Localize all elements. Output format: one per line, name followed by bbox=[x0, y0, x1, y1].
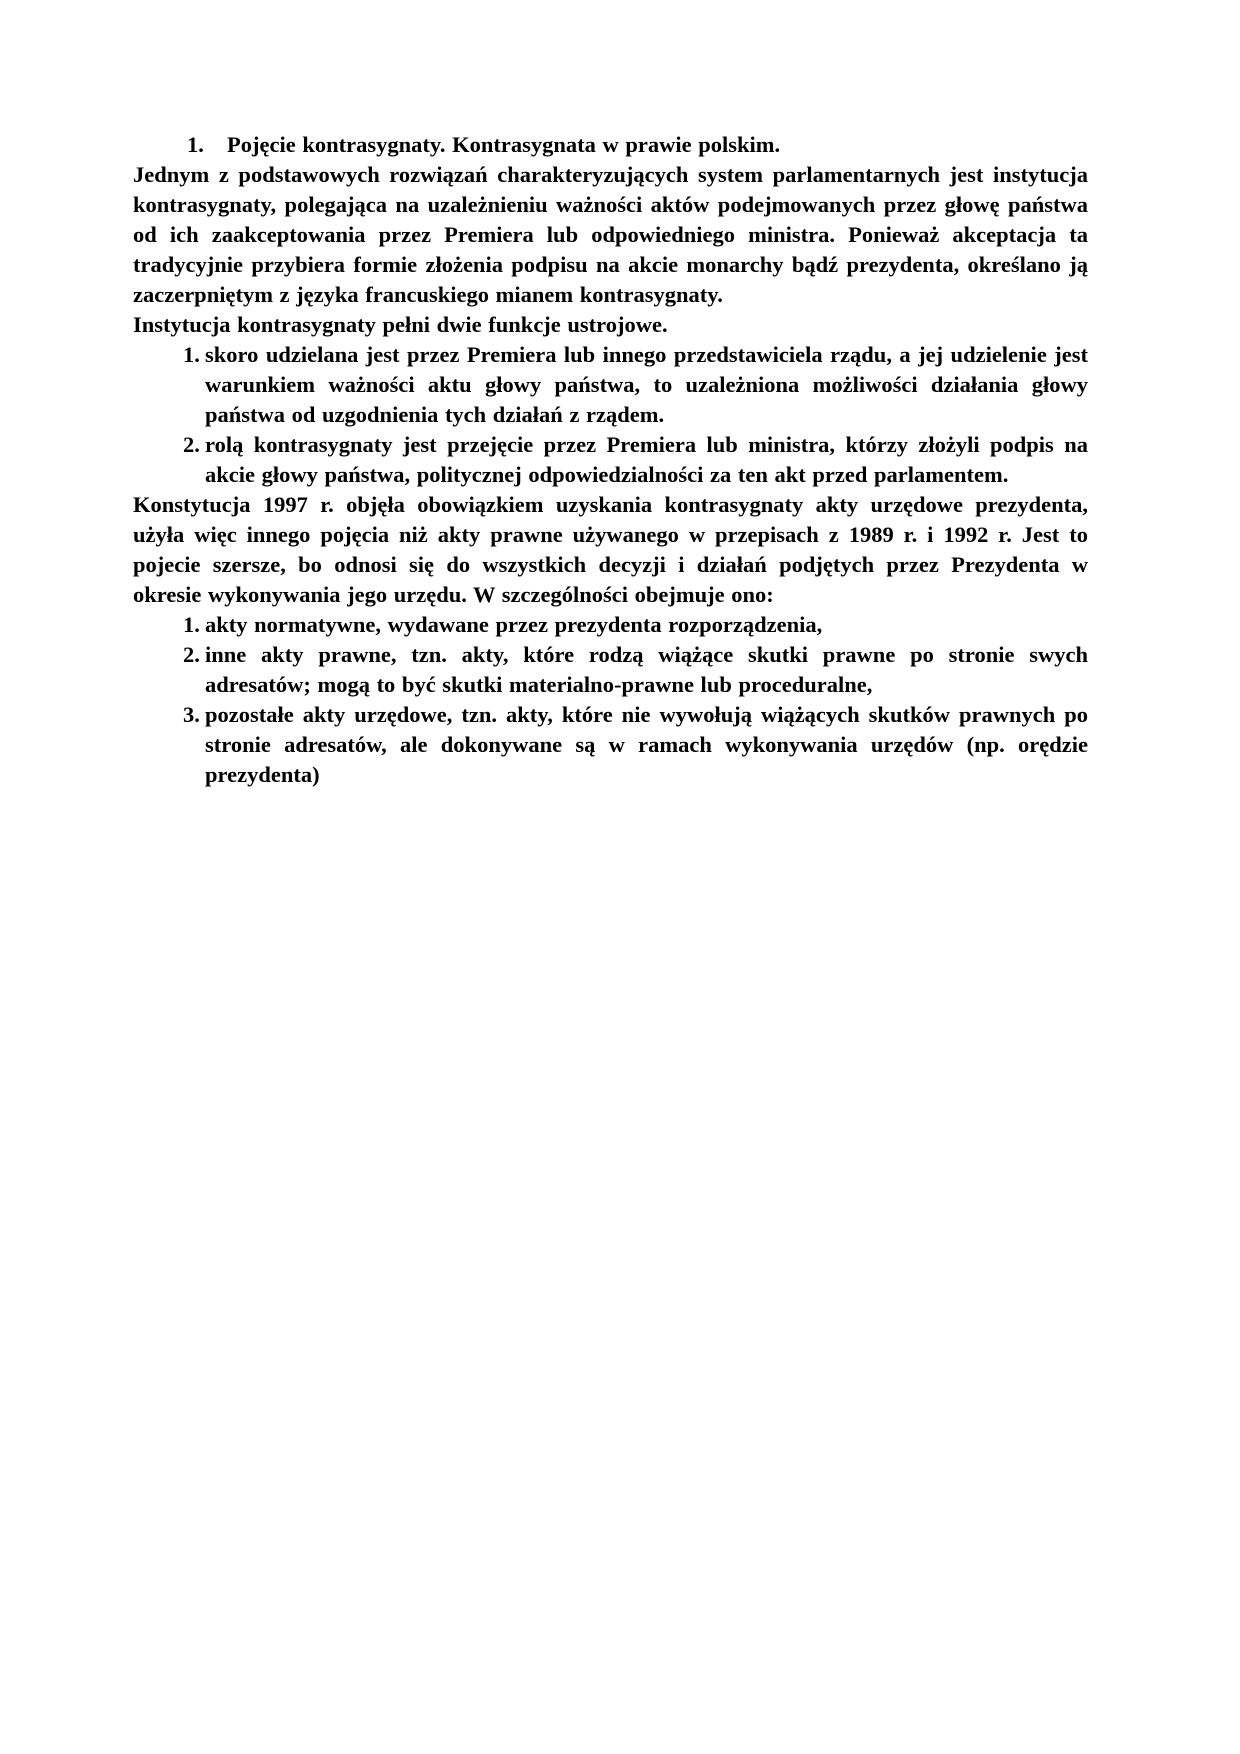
list-item-number: 1. bbox=[183, 610, 200, 640]
list-item-text: pozostałe akty urzędowe, tzn. akty, któr… bbox=[205, 702, 1088, 787]
section-heading: 1.Pojęcie kontrasygnaty. Kontrasygnata w… bbox=[133, 130, 1088, 160]
list-item-number: 2. bbox=[183, 640, 200, 670]
list-item: 3. pozostałe akty urzędowe, tzn. akty, k… bbox=[133, 700, 1088, 790]
list-item: 2. rolą kontrasygnaty jest przejęcie prz… bbox=[133, 430, 1088, 490]
list-item-number: 1. bbox=[183, 340, 200, 370]
paragraph-functions-lead: Instytucja kontrasygnaty pełni dwie funk… bbox=[133, 310, 1088, 340]
list-item-text: skoro udzielana jest przez Premiera lub … bbox=[205, 342, 1088, 427]
list-item-text: akty normatywne, wydawane przez prezyden… bbox=[205, 612, 822, 637]
document-body: 1.Pojęcie kontrasygnaty. Kontrasygnata w… bbox=[133, 130, 1088, 790]
list-item: 1. skoro udzielana jest przez Premiera l… bbox=[133, 340, 1088, 430]
document-page: 1.Pojęcie kontrasygnaty. Kontrasygnata w… bbox=[0, 0, 1240, 1754]
list-item-text: inne akty prawne, tzn. akty, które rodzą… bbox=[205, 642, 1088, 697]
section-heading-text: Pojęcie kontrasygnaty. Kontrasygnata w p… bbox=[227, 132, 780, 157]
list-item: 1. akty normatywne, wydawane przez prezy… bbox=[133, 610, 1088, 640]
list-item-text: rolą kontrasygnaty jest przejęcie przez … bbox=[205, 432, 1088, 487]
list-item-number: 3. bbox=[183, 700, 200, 730]
paragraph-intro: Jednym z podstawowych rozwiązań charakte… bbox=[133, 160, 1088, 310]
paragraph-constitution: Konstytucja 1997 r. objęła obowiązkiem u… bbox=[133, 490, 1088, 610]
list-item: 2. inne akty prawne, tzn. akty, które ro… bbox=[133, 640, 1088, 700]
list-item-number: 2. bbox=[183, 430, 200, 460]
list-functions: 1. skoro udzielana jest przez Premiera l… bbox=[133, 340, 1088, 490]
list-acts: 1. akty normatywne, wydawane przez prezy… bbox=[133, 610, 1088, 790]
section-heading-number: 1. bbox=[187, 130, 227, 160]
